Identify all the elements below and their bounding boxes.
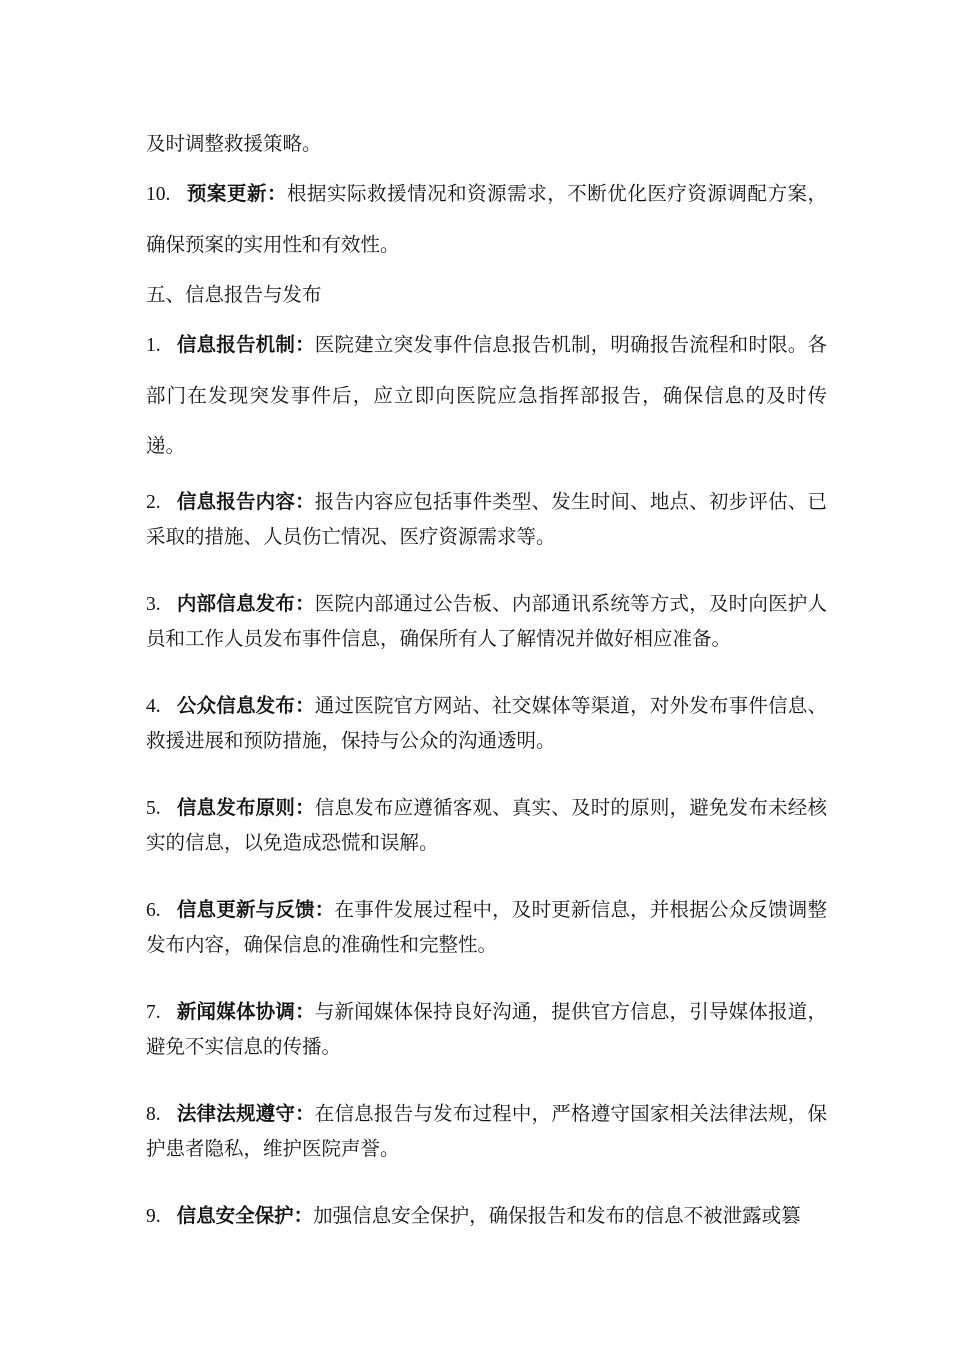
list-item-6: 6.信息更新与反馈：在事件发展过程中，及时更新信息，并根据公众反馈调整发布内容，…: [146, 893, 827, 962]
item-number: 3.: [146, 594, 161, 615]
item-term: 信息报告内容：: [177, 491, 315, 513]
item-term: 内部信息发布：: [177, 593, 315, 615]
section-heading: 五、信息报告与发布: [146, 270, 827, 320]
continuation-paragraph: 及时调整救援策略。: [146, 119, 827, 169]
item-number: 10.: [146, 184, 170, 205]
item-term: 信息报告机制：: [177, 334, 315, 356]
item-number: 2.: [146, 492, 161, 513]
item-body: 加强信息安全保护，确保报告和发布的信息不被泄露或篡: [313, 1205, 801, 1227]
item-number: 8.: [146, 1104, 161, 1125]
item-term: 公众信息发布：: [177, 695, 315, 717]
list-item-1: 1.信息报告机制：医院建立突发事件信息报告机制，明确报告流程和时限。各部门在发现…: [146, 320, 827, 471]
list-item-2: 2.信息报告内容：报告内容应包括事件类型、发生时间、地点、初步评估、已采取的措施…: [146, 485, 827, 554]
list-item-4: 4.公众信息发布：通过医院官方网站、社交媒体等渠道，对外发布事件信息、救援进展和…: [146, 689, 827, 758]
continuation-text: 及时调整救援策略。: [146, 133, 322, 155]
list-item-8: 8.法律法规遵守：在信息报告与发布过程中，严格遵守国家相关法律法规，保护患者隐私…: [146, 1097, 827, 1166]
item-number: 6.: [146, 900, 161, 921]
item-term: 预案更新：: [186, 183, 287, 205]
item-number: 5.: [146, 798, 161, 819]
list-item-7: 7.新闻媒体协调：与新闻媒体保持良好沟通，提供官方信息，引导媒体报道，避免不实信…: [146, 995, 827, 1064]
double-spaced-block: 及时调整救援策略。 10.预案更新：根据实际救援情况和资源需求，不断优化医疗资源…: [146, 119, 827, 471]
item-number: 7.: [146, 1002, 161, 1023]
item-term: 新闻媒体协调：: [177, 1001, 315, 1023]
list-item-5: 5.信息发布原则：信息发布应遵循客观、真实、及时的原则，避免发布未经核实的信息，…: [146, 791, 827, 860]
document-page: 及时调整救援策略。 10.预案更新：根据实际救援情况和资源需求，不断优化医疗资源…: [0, 0, 967, 1365]
item-term: 法律法规遵守：: [177, 1103, 315, 1125]
item-term: 信息发布原则：: [177, 797, 315, 819]
page-text-column: 及时调整救援策略。 10.预案更新：根据实际救援情况和资源需求，不断优化医疗资源…: [146, 0, 827, 1234]
item-number: 9.: [146, 1206, 161, 1227]
item-term: 信息更新与反馈：: [177, 899, 335, 921]
item-term: 信息安全保护：: [177, 1205, 314, 1227]
item-number: 1.: [146, 335, 161, 356]
list-item-3: 3.内部信息发布：医院内部通过公告板、内部通讯系统等方式，及时向医护人员和工作人…: [146, 587, 827, 656]
item-number: 4.: [146, 696, 161, 717]
list-item-10: 10.预案更新：根据实际救援情况和资源需求，不断优化医疗资源调配方案，确保预案的…: [146, 169, 827, 270]
single-spaced-block: 2.信息报告内容：报告内容应包括事件类型、发生时间、地点、初步评估、已采取的措施…: [146, 485, 827, 1234]
list-item-9: 9.信息安全保护：加强信息安全保护，确保报告和发布的信息不被泄露或篡: [146, 1199, 827, 1234]
